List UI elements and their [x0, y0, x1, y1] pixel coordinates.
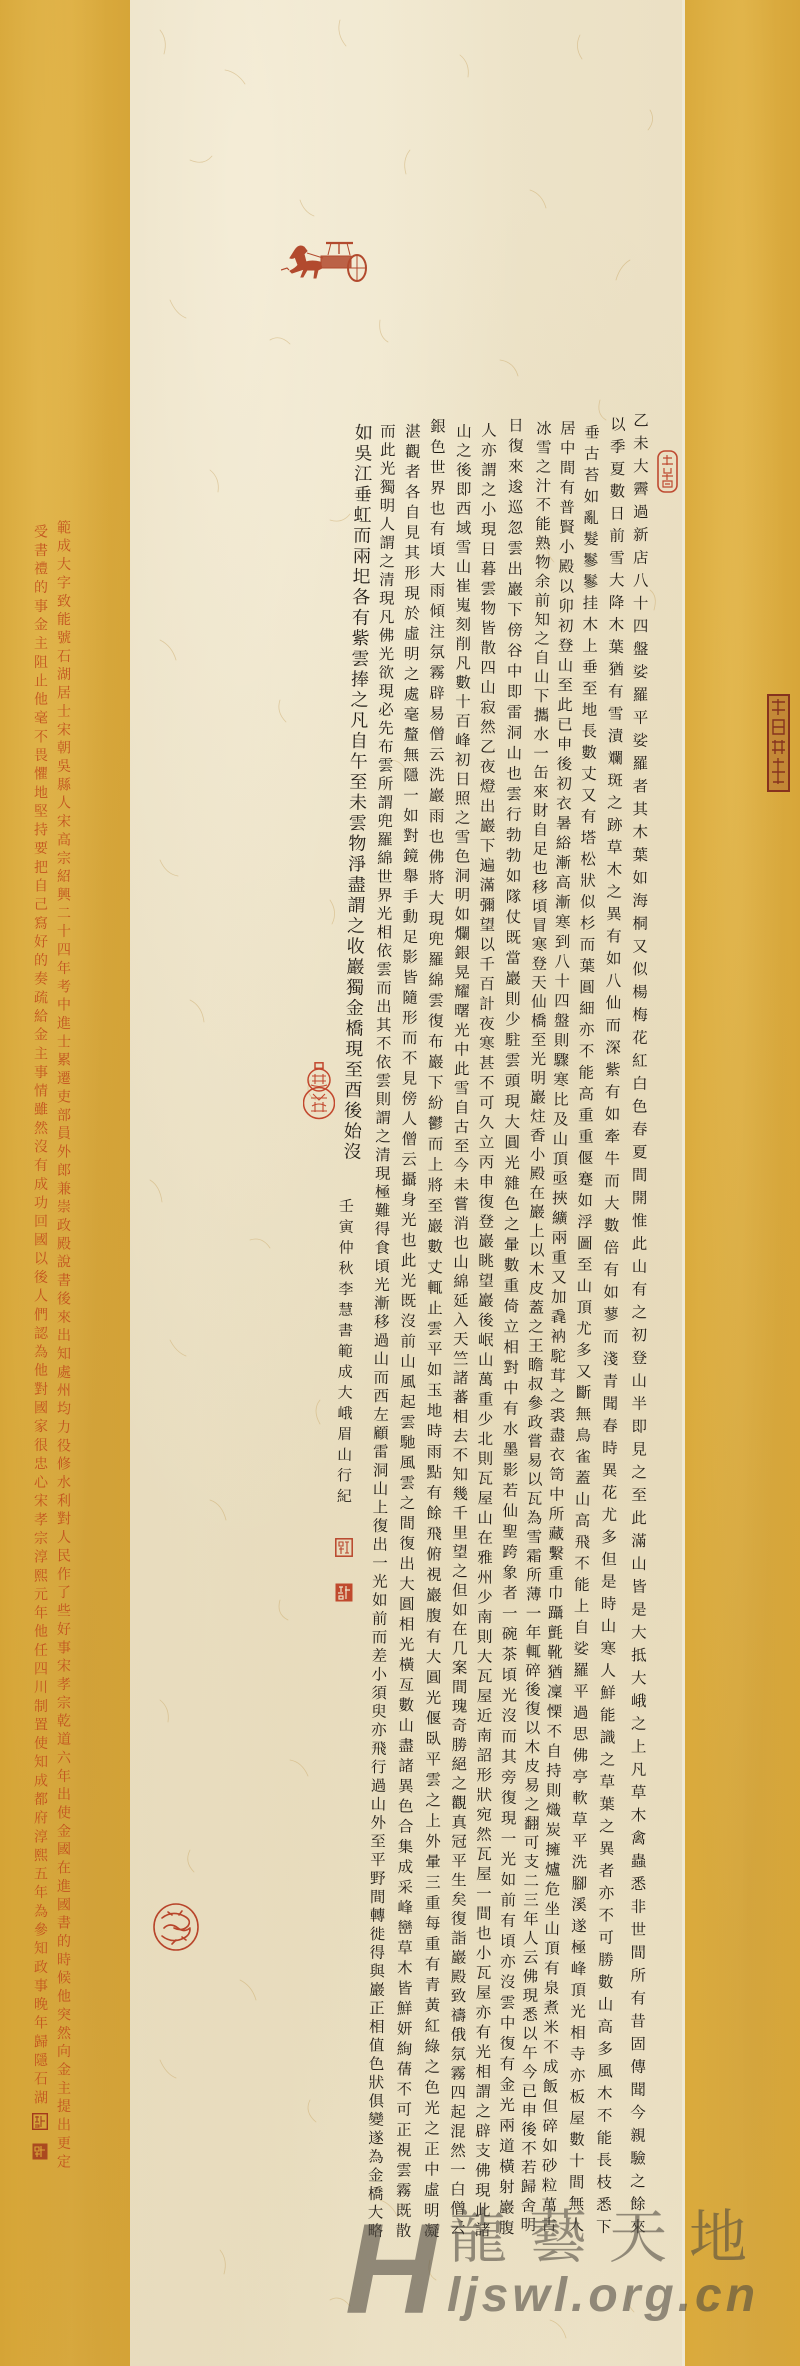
- colophon-column-1: 範成大字致能號石湖居士宋朝吳縣人宋高宗紹興二十四年考中進士累遷吏部員外郎兼崇政殿…: [53, 520, 73, 2168]
- signature-seal-1: [335, 1538, 353, 1557]
- colophon-column-2: 受書禮的事金主阻止他毫不畏懼地堅持要把自己寫好的奏疏給金主事情雖然沒有成功回國以…: [30, 524, 50, 2104]
- watermark-url: ljswl.org.cn: [447, 2272, 759, 2320]
- watermark-chinese-text: 龍藝天地: [449, 2208, 769, 2266]
- right-mounting-border: [684, 0, 800, 2366]
- watermark-letter: H: [345, 2206, 437, 2334]
- dragon-seal: [152, 1902, 200, 1952]
- signature-seal-2: [335, 1583, 353, 1602]
- colophon-seal-2: [32, 2143, 48, 2160]
- chariot-seal: [281, 240, 371, 284]
- leading-seal: [657, 450, 678, 493]
- colophon-seal-1: [32, 2113, 48, 2130]
- gourd-seal: [303, 1062, 335, 1120]
- text-column-1: 乙未大霽過新店八十四盤娑羅平娑羅者其木葉如海桐又似楊梅花紅白色春夏間開惟此山有之…: [626, 412, 651, 2234]
- mounting-seal: [767, 694, 790, 792]
- artist-inscription: 壬寅仲秋李慧書範成大峨眉山行紀: [334, 1198, 356, 1503]
